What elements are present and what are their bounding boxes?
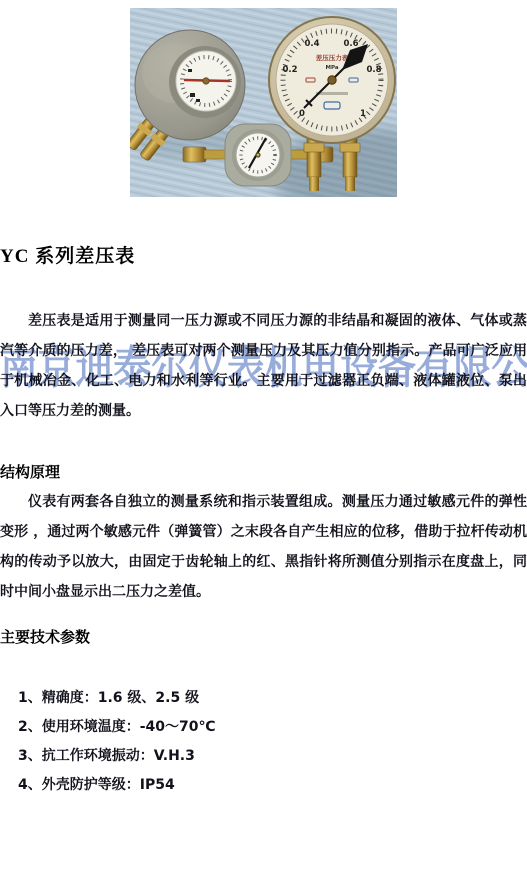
spec-item-vibration: 3、抗工作环境振动：V.H.3	[0, 742, 527, 771]
scale-label-08: 0.8	[366, 65, 381, 75]
product-photo-svg: 0 0.2 0.4 0.6 0.8 1 差压压力表 MPa	[130, 8, 397, 197]
product-photo: 0 0.2 0.4 0.6 0.8 1 差压压力表 MPa	[130, 8, 397, 197]
page-title: YC 系列差压表	[0, 244, 527, 270]
spec-item-protection: 4、外壳防护等级：IP54	[0, 771, 527, 800]
spec-item-accuracy: 1、精确度：1.6 级、2.5 级	[0, 684, 527, 713]
structure-paragraph: 仪表有两套各自独立的测量系统和指示装置组成。测量压力通过敏感元件的弹性变形 ，通…	[0, 487, 527, 607]
intro-paragraph: 差压表是适用于测量同一压力源或不同压力源的非结晶和凝固的液体、气体或蒸汽等介质的…	[0, 306, 527, 426]
scale-label-02: 0.2	[282, 65, 297, 75]
scale-label-0: 0	[299, 109, 305, 119]
dial-unit: MPa	[325, 65, 338, 71]
scale-label-1: 1	[360, 109, 366, 119]
specs-heading: 主要技术参数	[0, 627, 527, 647]
structure-heading: 结构原理	[0, 462, 527, 482]
specs-list: 1、精确度：1.6 级、2.5 级 2、使用环境温度：-40～70℃ 3、抗工作…	[0, 684, 527, 800]
dial-title: 差压压力表	[316, 53, 349, 62]
scale-label-04: 0.4	[304, 39, 319, 49]
scale-label-06: 0.6	[343, 39, 358, 49]
document-page: 南京迪泰尔仪表机电设备有限公司	[0, 0, 527, 877]
spec-item-temperature: 2、使用环境温度：-40～70℃	[0, 713, 527, 742]
